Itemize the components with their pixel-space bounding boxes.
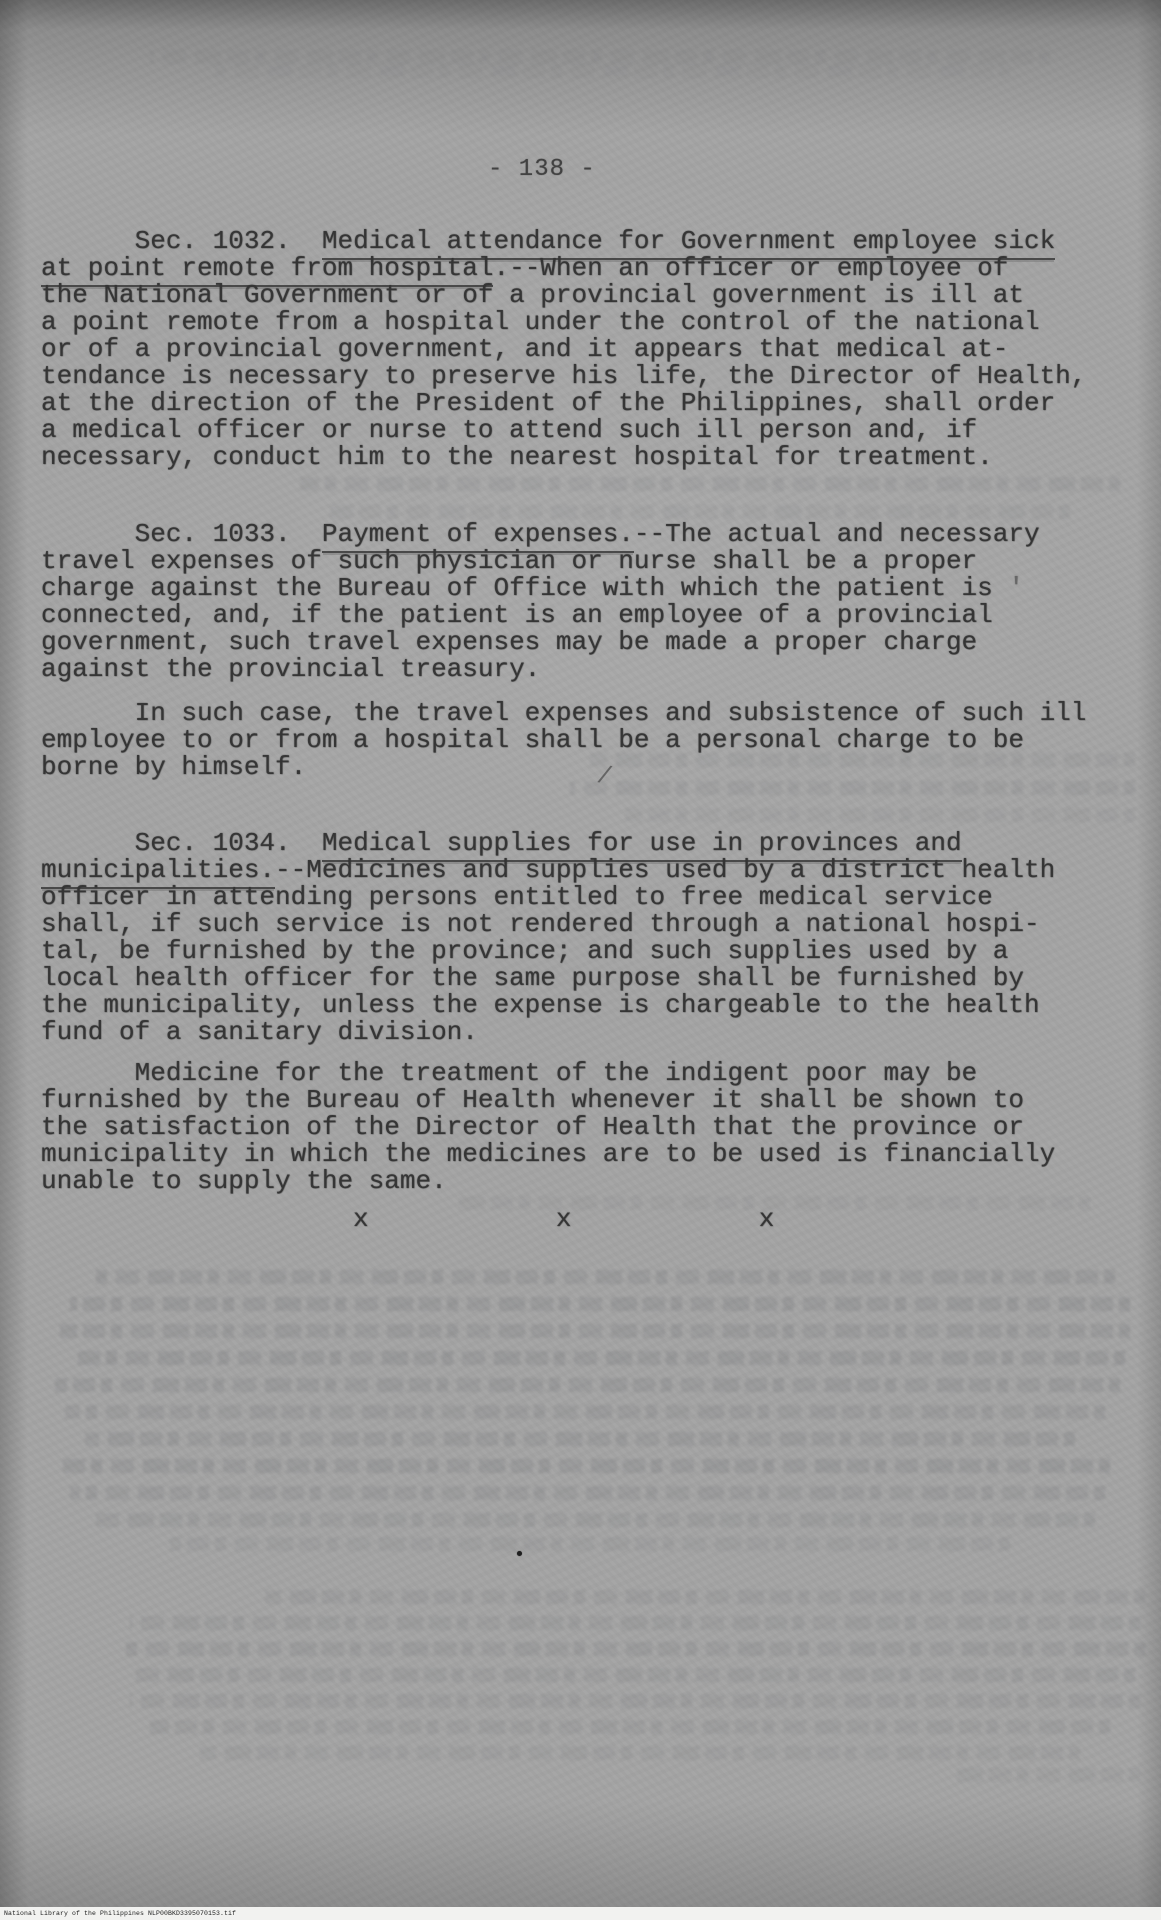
bleedthrough-row — [570, 781, 1135, 795]
bleedthrough-row — [95, 1513, 1095, 1527]
text-line: Sec. 1032. Medical attendance for Govern… — [41, 228, 1086, 255]
text-line: or of a provincial government, and it ap… — [41, 336, 1086, 363]
text-line: In such case, the travel expenses and su… — [41, 700, 1086, 727]
text-segment: a medical officer or nurse to attend suc… — [41, 415, 977, 445]
bleedthrough-row — [150, 1720, 1110, 1734]
text-segment: ' — [993, 573, 1024, 603]
text-line: shall, if such service is not rendered t… — [41, 911, 1055, 938]
text-line: furnished by the Bureau of Health whenev… — [41, 1087, 1055, 1114]
text-segment: Sec. 1034. — [41, 828, 322, 858]
text-line: tendance is necessary to preserve his li… — [41, 363, 1086, 390]
bleedthrough-row — [450, 1196, 1090, 1210]
bleedthrough-row — [65, 1405, 1105, 1419]
text-segment: unable to supply the same. — [41, 1166, 447, 1196]
text-line: connected, and, if the patient is an emp… — [41, 602, 1040, 629]
text-line: a point remote from a hospital under the… — [41, 309, 1086, 336]
text-line: charge against the Bureau of Office with… — [41, 575, 1040, 602]
scanned-document-page: - 138 - Sec. 1032. Medical attendance fo… — [0, 0, 1161, 1920]
text-line: the National Government or of a provinci… — [41, 282, 1086, 309]
text-line: necessary, conduct him to the nearest ho… — [41, 444, 1086, 471]
text-line: at the direction of the President of the… — [41, 390, 1086, 417]
bleedthrough-row — [950, 1768, 1140, 1782]
bleedthrough-row — [70, 1297, 1130, 1311]
text-line: the municipality, unless the expense is … — [41, 992, 1055, 1019]
bleedthrough-row — [300, 477, 1120, 491]
text-segment: borne by himself. — [41, 752, 306, 782]
paragraph-sec-1033: Sec. 1033. Payment of expenses.--The act… — [41, 521, 1040, 683]
text-line: travel expenses of such physician or nur… — [41, 548, 1040, 575]
bleedthrough-row — [200, 1746, 1080, 1760]
text-segment: at the direction of the President of the… — [41, 388, 1055, 418]
text-segment: government, such travel expenses may be … — [41, 627, 977, 657]
text-line: officer in attending persons entitled to… — [41, 884, 1055, 911]
text-segment: In such case, the travel expenses and su… — [41, 698, 1086, 728]
text-segment: municipality in which the medicines are … — [41, 1139, 1055, 1169]
text-segment: Sec. 1033. — [41, 519, 322, 549]
text-segment: shall, if such service is not rendered t… — [41, 909, 1040, 939]
text-segment: a point remote from a hospital under the… — [41, 307, 1040, 337]
page-number: - 138 - — [488, 156, 596, 183]
text-segment: furnished by the Bureau of Health whenev… — [41, 1085, 1024, 1115]
text-segment: .--When an officer or employee of — [493, 253, 1008, 283]
text-segment: officer in attending persons entitled to… — [41, 882, 993, 912]
text-line: local health officer for the same purpos… — [41, 965, 1055, 992]
footer-library-label: National Library of the Philippines — [4, 1910, 144, 1918]
text-line: government, such travel expenses may be … — [41, 629, 1040, 656]
text-segment: tal, be furnished by the province; and s… — [41, 936, 1008, 966]
text-segment: the satisfaction of the Director of Heal… — [41, 1112, 1024, 1142]
text-segment: connected, and, if the patient is an emp… — [41, 600, 993, 630]
bleedthrough-row — [120, 1642, 1145, 1656]
bleedthrough-row — [85, 1432, 1075, 1446]
bleedthrough-row — [150, 50, 1050, 64]
text-segment: local health officer for the same purpos… — [41, 963, 1024, 993]
bleedthrough-row — [60, 1459, 1110, 1473]
bleedthrough-row — [330, 505, 1070, 519]
bleedthrough-row — [170, 1537, 1010, 1551]
bleedthrough-row — [60, 1324, 1130, 1338]
text-line: employee to or from a hospital shall be … — [41, 727, 1086, 754]
bleedthrough-row — [210, 64, 1010, 78]
text-segment: against the provincial treasury. — [41, 654, 540, 684]
text-line: fund of a sanitary division. — [41, 1019, 1055, 1046]
text-line: Medicine for the treatment of the indige… — [41, 1060, 1055, 1087]
text-segment: or of a provincial government, and it ap… — [41, 334, 1008, 364]
bleedthrough-row — [95, 1270, 1115, 1284]
paragraph-in-such-case: In such case, the travel expenses and su… — [41, 700, 1086, 781]
text-segment: fund of a sanitary division. — [41, 1017, 478, 1047]
text-segment: the National Government or of a provinci… — [41, 280, 1024, 310]
bleedthrough-row — [75, 1351, 1125, 1365]
bleedthrough-row — [135, 1668, 1135, 1682]
text-line: a medical officer or nurse to attend suc… — [41, 417, 1086, 444]
bleedthrough-row — [625, 808, 1135, 822]
bleedthrough-row — [55, 1378, 1120, 1392]
bleedthrough-row — [265, 1590, 1145, 1604]
text-segment: the municipality, unless the expense is … — [41, 990, 1040, 1020]
text-segment: Medicine for the treatment of the indige… — [41, 1058, 977, 1088]
section-end-separator: x x x — [41, 1206, 774, 1233]
text-line: unable to supply the same. — [41, 1168, 1055, 1195]
bleedthrough-row — [130, 1616, 1140, 1630]
text-segment: charge against the Bureau of Office with… — [41, 573, 993, 603]
text-line: at point remote from hospital.--When an … — [41, 255, 1086, 282]
text-line: tal, be furnished by the province; and s… — [41, 938, 1055, 965]
bleedthrough-row — [590, 753, 1135, 767]
text-line: Sec. 1034. Medical supplies for use in p… — [41, 830, 1055, 857]
bleedthrough-row — [70, 1486, 1105, 1500]
text-line: the satisfaction of the Director of Heal… — [41, 1114, 1055, 1141]
ink-speck — [517, 1551, 522, 1556]
text-segment: --The actual and necessary — [634, 519, 1040, 549]
footer-filename-label: NLP00BKD3395070153.tif — [148, 1910, 236, 1918]
text-line: against the provincial treasury. — [41, 656, 1040, 683]
text-segment: employee to or from a hospital shall be … — [41, 725, 1024, 755]
text-segment: tendance is necessary to preserve his li… — [41, 361, 1086, 391]
text-line: municipalities.--Medicines and supplies … — [41, 857, 1055, 884]
text-segment: travel expenses of such physician or nur… — [41, 546, 977, 576]
bleedthrough-row — [130, 1694, 1140, 1708]
text-line: Sec. 1033. Payment of expenses.--The act… — [41, 521, 1040, 548]
text-line: municipality in which the medicines are … — [41, 1141, 1055, 1168]
microfilm-footer-bar: National Library of the Philippines NLP0… — [0, 1907, 1161, 1920]
text-segment: --Medicines and supplies used by a distr… — [275, 855, 1055, 885]
paragraph-sec-1034: Sec. 1034. Medical supplies for use in p… — [41, 830, 1055, 1046]
paragraph-sec-1032: Sec. 1032. Medical attendance for Govern… — [41, 228, 1086, 471]
paragraph-medicine-indigent: Medicine for the treatment of the indige… — [41, 1060, 1055, 1195]
text-segment: Sec. 1032. — [41, 226, 322, 256]
text-segment: necessary, conduct him to the nearest ho… — [41, 442, 993, 472]
